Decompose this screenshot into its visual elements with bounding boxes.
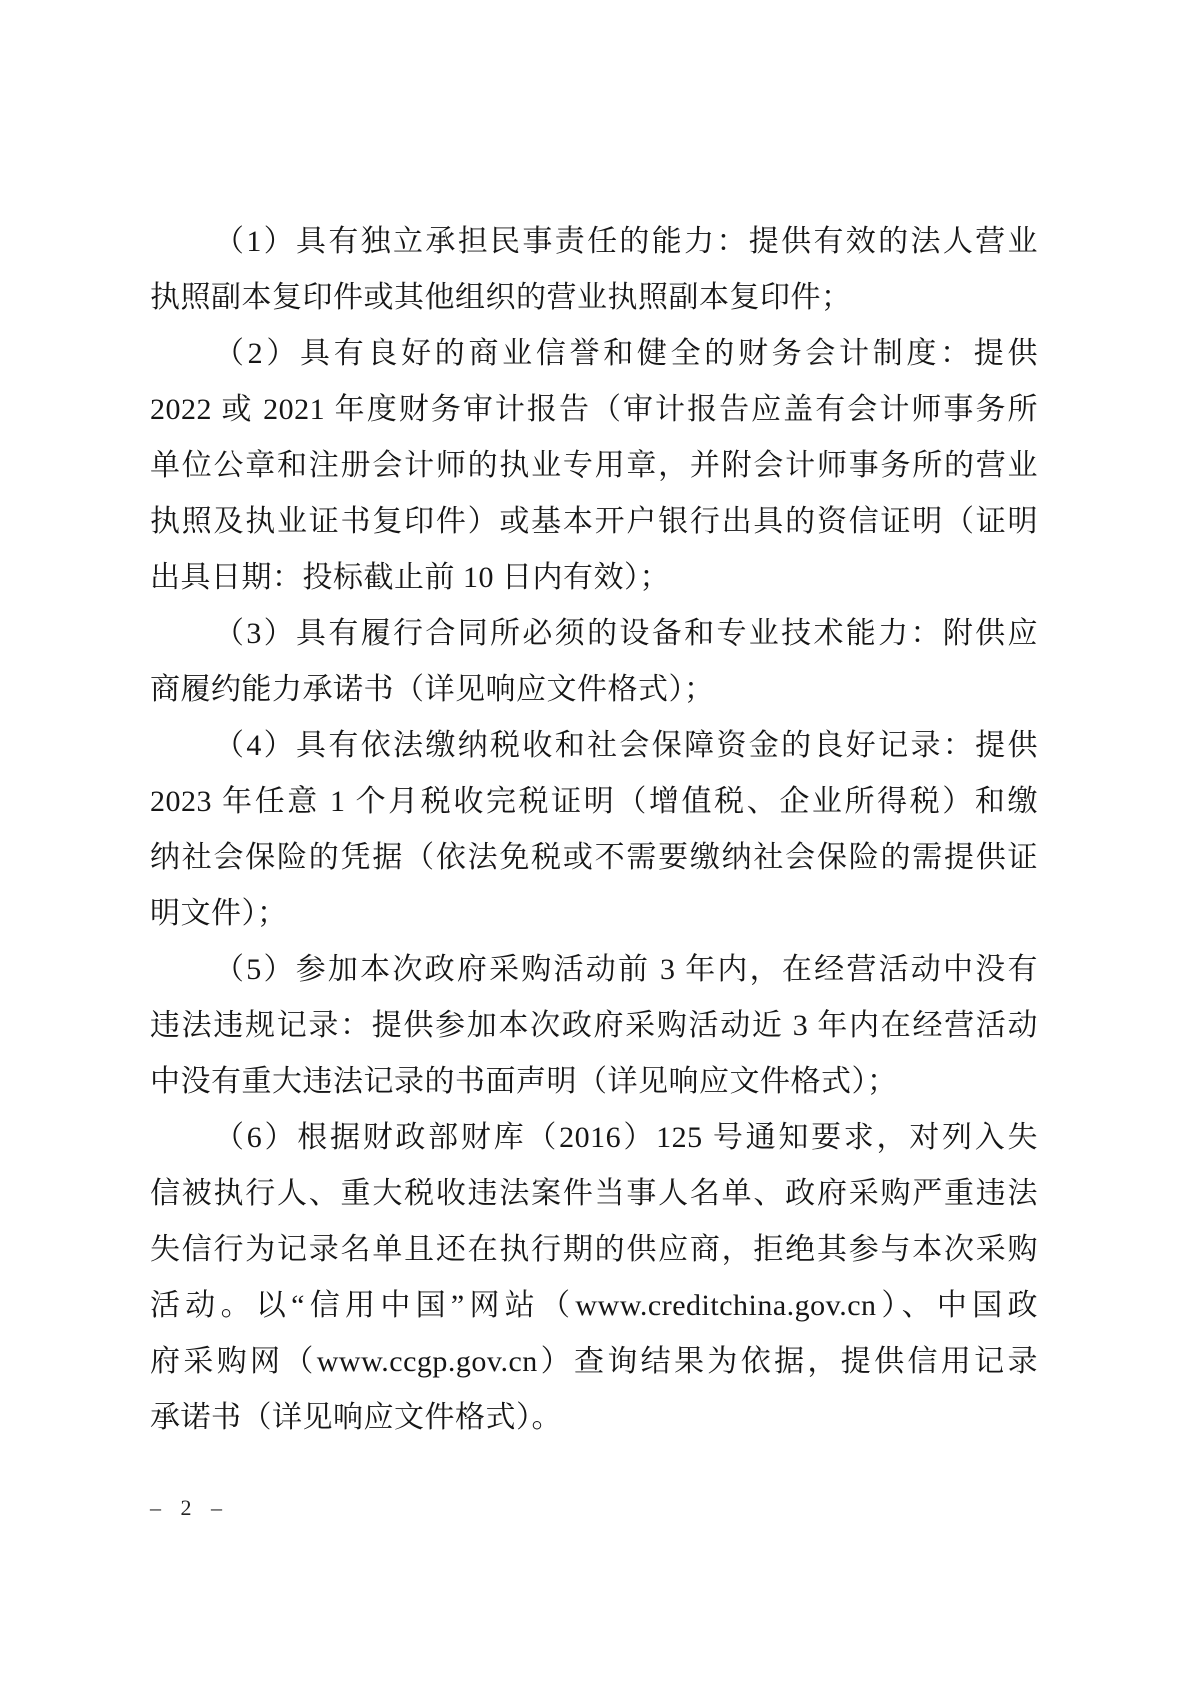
text-line: 活动。以“信用中国”网站（www.creditchina.gov.cn）、中国政: [150, 1278, 1038, 1334]
text-line: 2023 年任意 1 个月税收完税证明（增值税、企业所得税）和缴: [150, 774, 1038, 830]
paragraph: （5）参加本次政府采购活动前 3 年内，在经营活动中没有违法违规记录：提供参加本…: [150, 942, 1038, 1110]
text-line: 违法违规记录：提供参加本次政府采购活动近 3 年内在经营活动: [150, 998, 1038, 1054]
text-line: 失信行为记录名单且还在执行期的供应商，拒绝其参与本次采购: [150, 1222, 1038, 1278]
text-line: 执照副本复印件或其他组织的营业执照副本复印件；: [150, 270, 1038, 326]
document-page: （1）具有独立承担民事责任的能力：提供有效的法人营业执照副本复印件或其他组织的营…: [0, 0, 1190, 1684]
text-line: （6）根据财政部财库（2016）125 号通知要求，对列入失: [150, 1110, 1038, 1166]
text-line: 执照及执业证书复印件）或基本开户银行出具的资信证明（证明: [150, 494, 1038, 550]
text-line: 单位公章和注册会计师的执业专用章，并附会计师事务所的营业: [150, 438, 1038, 494]
paragraph: （1）具有独立承担民事责任的能力：提供有效的法人营业执照副本复印件或其他组织的营…: [150, 214, 1038, 326]
text-line: 纳社会保险的凭据（依法免税或不需要缴纳社会保险的需提供证: [150, 830, 1038, 886]
text-line: 信被执行人、重大税收违法案件当事人名单、政府采购严重违法: [150, 1166, 1038, 1222]
text-line: 2022 或 2021 年度财务审计报告（审计报告应盖有会计师事务所: [150, 382, 1038, 438]
document-body: （1）具有独立承担民事责任的能力：提供有效的法人营业执照副本复印件或其他组织的营…: [150, 214, 1038, 1446]
text-line: 中没有重大违法记录的书面声明（详见响应文件格式）；: [150, 1054, 1038, 1110]
text-line: （2）具有良好的商业信誉和健全的财务会计制度：提供: [150, 326, 1038, 382]
text-line: （1）具有独立承担民事责任的能力：提供有效的法人营业: [150, 214, 1038, 270]
page-number: – 2 –: [150, 1495, 229, 1521]
text-line: （3）具有履行合同所必须的设备和专业技术能力：附供应: [150, 606, 1038, 662]
text-line: 承诺书（详见响应文件格式）。: [150, 1390, 1038, 1446]
paragraph: （3）具有履行合同所必须的设备和专业技术能力：附供应商履约能力承诺书（详见响应文…: [150, 606, 1038, 718]
text-line: 明文件）；: [150, 886, 1038, 942]
text-line: 府采购网（www.ccgp.gov.cn）查询结果为依据，提供信用记录: [150, 1334, 1038, 1390]
paragraph: （6）根据财政部财库（2016）125 号通知要求，对列入失信被执行人、重大税收…: [150, 1110, 1038, 1446]
text-line: （5）参加本次政府采购活动前 3 年内，在经营活动中没有: [150, 942, 1038, 998]
paragraph: （4）具有依法缴纳税收和社会保障资金的良好记录：提供2023 年任意 1 个月税…: [150, 718, 1038, 942]
text-line: 商履约能力承诺书（详见响应文件格式）；: [150, 662, 1038, 718]
text-line: 出具日期：投标截止前 10 日内有效）；: [150, 550, 1038, 606]
paragraph: （2）具有良好的商业信誉和健全的财务会计制度：提供2022 或 2021 年度财…: [150, 326, 1038, 606]
text-line: （4）具有依法缴纳税收和社会保障资金的良好记录：提供: [150, 718, 1038, 774]
